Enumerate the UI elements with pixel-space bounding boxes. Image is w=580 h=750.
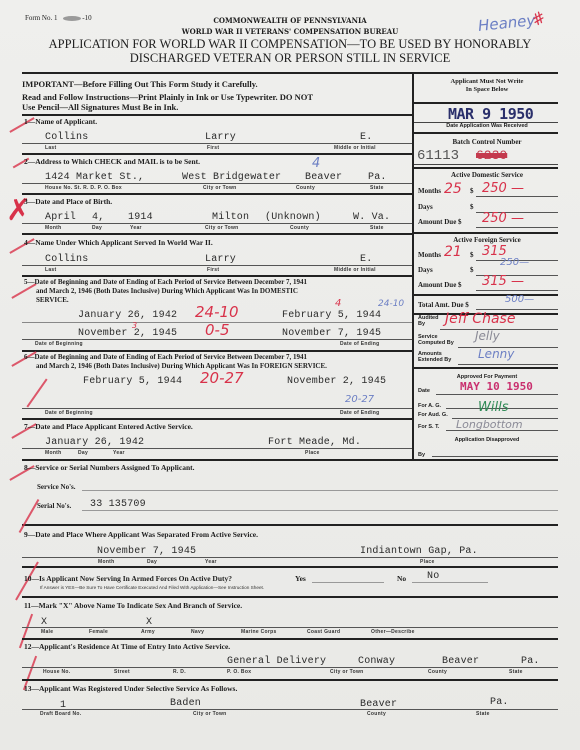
batch-number: 61113 bbox=[417, 148, 459, 164]
instructions-line2: Read and Follow Instructions—Print Plain… bbox=[22, 92, 313, 102]
divider bbox=[22, 114, 412, 116]
serial-no-label: Serial No's. bbox=[37, 502, 71, 510]
field-line bbox=[414, 164, 558, 165]
q2-street: 1424 Market St., bbox=[45, 172, 144, 183]
divider bbox=[414, 294, 558, 296]
caption-year: Year bbox=[205, 559, 217, 565]
divider bbox=[22, 596, 558, 598]
q11-option-marine-corps: Marine Corps bbox=[241, 629, 277, 635]
form-title-line2: DISCHARGED VETERAN OR PERSON STILL IN SE… bbox=[0, 51, 580, 66]
column-divider bbox=[412, 72, 414, 460]
caption-begin: Date of Beginning bbox=[45, 410, 93, 416]
serial-no-value: 33 135709 bbox=[90, 499, 146, 510]
caption-city: City or Town bbox=[203, 185, 237, 191]
caption-month: Month bbox=[45, 450, 62, 456]
divider bbox=[414, 132, 558, 134]
ag-label: For A. G. bbox=[418, 403, 441, 409]
divider bbox=[414, 167, 558, 169]
q5-period1-end: February 5, 1944 bbox=[282, 310, 381, 321]
q11-option-male: Male bbox=[41, 629, 53, 635]
domestic-days-label: Days bbox=[418, 203, 433, 211]
audited-signature: Jeff Chase bbox=[445, 311, 515, 327]
q11-option-coast-guard: Coast Guard bbox=[307, 629, 340, 635]
q1-last-name: Collins bbox=[45, 132, 88, 143]
field-line bbox=[22, 183, 412, 184]
total-label: Total Amt. Due $ bbox=[418, 301, 469, 309]
field-line bbox=[476, 309, 558, 310]
q2-county: Beaver bbox=[305, 172, 342, 183]
q9-place: Indiantown Gap, Pa. bbox=[360, 546, 478, 557]
q3-day: 4, bbox=[92, 212, 104, 223]
serial-no-field bbox=[82, 510, 558, 511]
caption-state: State bbox=[476, 711, 490, 717]
q10-no-label: No bbox=[397, 574, 406, 583]
q6-margin-total: 20-27 bbox=[345, 394, 374, 405]
divider bbox=[22, 350, 412, 352]
dollar-sign: $ bbox=[470, 187, 474, 195]
caption-day: Day bbox=[92, 225, 102, 231]
field-line bbox=[22, 557, 558, 558]
q13-state: Pa. bbox=[490, 697, 509, 708]
divider bbox=[22, 679, 558, 681]
form-title-line1: APPLICATION FOR WORLD WAR II COMPENSATIO… bbox=[0, 37, 580, 52]
caption-middle: Middle or Initial bbox=[334, 145, 376, 151]
approved-date-stamp: MAY 10 1950 bbox=[460, 380, 533, 393]
q11-option-navy: Navy bbox=[191, 629, 204, 635]
q5-label-line3: SERVICE. bbox=[36, 296, 69, 304]
foreign-days-amount: 250— bbox=[500, 257, 529, 268]
total-value: 500— bbox=[505, 294, 534, 305]
q10-yes-field bbox=[312, 582, 384, 583]
caption-county: County bbox=[296, 185, 315, 191]
field-line bbox=[22, 667, 558, 668]
caption-month: Month bbox=[98, 559, 115, 565]
caption-street: Street bbox=[114, 669, 130, 675]
field-line bbox=[22, 709, 558, 710]
q5-label-line2: and March 2, 1946 (Both Dates Inclusive)… bbox=[36, 287, 298, 295]
q12-state: Pa. bbox=[521, 656, 540, 667]
caption-county: County bbox=[428, 669, 447, 675]
q3-label: 3—Date and Place of Birth. bbox=[24, 197, 112, 206]
caption-first: First bbox=[207, 145, 219, 151]
caption-rd: R. D. bbox=[173, 669, 186, 675]
field-line bbox=[22, 143, 412, 144]
field-line bbox=[446, 430, 558, 431]
field-line bbox=[22, 265, 412, 266]
received-date-stamp: MAR 9 1950 bbox=[448, 105, 533, 123]
field-line bbox=[476, 290, 558, 291]
q8-label: 8—Service or Serial Numbers Assigned To … bbox=[24, 463, 195, 472]
q11-label: 11—Mark "X" Above Name To Indicate Sex A… bbox=[24, 601, 242, 610]
q5-period1-correction: 4 bbox=[335, 298, 341, 309]
foreign-days-label: Days bbox=[418, 266, 433, 274]
q5-label-line1: 5—Date of Beginning and Date of Ending o… bbox=[24, 278, 307, 286]
q1-middle-initial: E. bbox=[360, 132, 372, 143]
st-label: For S. T. bbox=[418, 424, 439, 430]
divider bbox=[414, 102, 558, 104]
q10-note: If Answer is YES—Be Sure To Have Certifi… bbox=[40, 585, 264, 590]
q6-computed: 20-27 bbox=[200, 369, 244, 387]
q13-city: Baden bbox=[170, 698, 201, 709]
caption-county: County bbox=[367, 711, 386, 717]
office-header-line2: In Space Below bbox=[414, 86, 560, 93]
disapproved-label: Application Disapproved bbox=[414, 437, 560, 443]
q12-city: Conway bbox=[358, 656, 395, 667]
q4-first-name: Larry bbox=[205, 254, 236, 265]
dollar-sign: $ bbox=[470, 266, 474, 274]
domestic-months-label: Months bbox=[418, 187, 441, 195]
q11-option-female: Female bbox=[89, 629, 108, 635]
q11-option-army: Army bbox=[141, 629, 155, 635]
q10-yes-label: Yes bbox=[295, 574, 306, 583]
q7-date: January 26, 1942 bbox=[45, 437, 144, 448]
caption-city: City or Town bbox=[205, 225, 239, 231]
q5-period2-begin: November 2, 1945 bbox=[78, 328, 177, 339]
caption-house: House No. bbox=[43, 669, 70, 675]
caption-day: Day bbox=[147, 559, 157, 565]
q6-label-line1: 6—Date of Beginning and Date of Ending o… bbox=[24, 353, 307, 361]
caption-month: Month bbox=[45, 225, 62, 231]
domestic-months-amount: 250 — bbox=[482, 181, 524, 196]
divider bbox=[22, 638, 558, 640]
q5-period2-end: November 7, 1945 bbox=[282, 328, 381, 339]
q6-end: November 2, 1945 bbox=[287, 376, 386, 387]
application-form-page: Form No. 1 -10 COMMONWEALTH OF PENNSYLVA… bbox=[0, 0, 580, 750]
field-line bbox=[22, 339, 412, 340]
dollar-sign: $ bbox=[470, 251, 474, 259]
audg-signature: Wills bbox=[478, 400, 508, 415]
divider bbox=[22, 459, 558, 461]
divider bbox=[22, 233, 412, 235]
q12-label: 12—Applicant's Residence At Time of Entr… bbox=[24, 642, 230, 651]
audited-label: Audited By bbox=[418, 315, 440, 327]
divider bbox=[22, 72, 558, 74]
caption-state: State bbox=[370, 225, 384, 231]
domestic-title: Active Domestic Service bbox=[414, 171, 560, 179]
red-check-mark bbox=[26, 379, 47, 408]
q2-annotation: 4 bbox=[312, 156, 320, 171]
approved-date-label: Date bbox=[418, 388, 430, 394]
foreign-months-value: 21 bbox=[444, 244, 462, 260]
q9-label: 9—Date and Place Where Applicant Was Sep… bbox=[24, 530, 258, 539]
field-line bbox=[22, 223, 412, 224]
field-line bbox=[476, 196, 558, 197]
q4-last-name: Collins bbox=[45, 254, 88, 265]
q4-middle-initial: E. bbox=[360, 254, 372, 265]
field-line bbox=[458, 364, 558, 365]
field-line bbox=[476, 227, 558, 228]
caption-state: State bbox=[370, 185, 384, 191]
foreign-amount-label: Amount Due $ bbox=[418, 281, 462, 289]
field-line bbox=[436, 394, 558, 395]
q12-po-box: General Delivery bbox=[227, 656, 326, 667]
field-line bbox=[432, 456, 558, 457]
caption-city: City or Town bbox=[193, 711, 227, 717]
q11-option-other: Other—Describe bbox=[371, 629, 415, 635]
office-header-line1: Applicant Must Not Write bbox=[414, 78, 560, 85]
computed-label: Service Computed By bbox=[418, 334, 458, 346]
caption-board: Draft Board No. bbox=[40, 711, 81, 717]
caption-county: County bbox=[290, 225, 309, 231]
divider bbox=[22, 153, 412, 155]
q6-label-line2: and March 2, 1946 (Both Dates Inclusive)… bbox=[36, 362, 327, 370]
q1-label: 1—Name of Applicant. bbox=[24, 117, 97, 126]
q6-begin: February 5, 1944 bbox=[83, 376, 182, 387]
batch-number-struck: 6230 bbox=[476, 148, 507, 163]
extended-label: Amounts Extended By bbox=[418, 351, 458, 363]
service-no-field bbox=[82, 490, 558, 491]
computed-signature: Jelly bbox=[475, 329, 500, 343]
dollar-sign: $ bbox=[470, 203, 474, 211]
field-line bbox=[22, 627, 558, 628]
field-line bbox=[22, 408, 412, 409]
divider bbox=[22, 275, 412, 277]
foreign-amount-value: 315 — bbox=[482, 274, 524, 289]
instructions-line3: Use Pencil—All Signatures Must Be in Ink… bbox=[22, 102, 178, 112]
divider bbox=[22, 524, 558, 526]
caption-state: State bbox=[509, 669, 523, 675]
divider bbox=[22, 566, 558, 568]
caption-end: Date of Ending bbox=[340, 341, 379, 347]
domestic-months-value: 25 bbox=[444, 181, 462, 197]
q3-county: (Unknown) bbox=[265, 212, 321, 223]
q12-county: Beaver bbox=[442, 656, 479, 667]
foreign-title: Active Foreign Service bbox=[414, 236, 560, 244]
q10-label: 10—Is Applicant Now Serving In Armed For… bbox=[24, 574, 232, 583]
q3-city: Milton bbox=[212, 212, 249, 223]
by-label: By bbox=[418, 452, 425, 458]
divider bbox=[22, 418, 412, 420]
caption-place: Place bbox=[305, 450, 320, 456]
caption-end: Date of Ending bbox=[340, 410, 379, 416]
q4-label: 4—Name Under Which Applicant Served In W… bbox=[24, 238, 213, 247]
instructions-important: IMPORTANT—Before Filling Out This Form S… bbox=[22, 79, 258, 89]
q2-city: West Bridgewater bbox=[182, 172, 281, 183]
received-caption: Date Application Was Received bbox=[414, 123, 560, 129]
divider bbox=[414, 367, 558, 369]
caption-year: Year bbox=[113, 450, 125, 456]
divider bbox=[414, 232, 558, 234]
batch-label: Batch Control Number bbox=[414, 138, 560, 146]
field-line bbox=[22, 448, 412, 449]
service-no-label: Service No's. bbox=[37, 483, 76, 491]
q1-first-name: Larry bbox=[205, 132, 236, 143]
foreign-months-label: Months bbox=[418, 251, 441, 259]
caption-day: Day bbox=[78, 450, 88, 456]
q5-period1-computed: 24-10 bbox=[195, 303, 239, 321]
q3-state: W. Va. bbox=[353, 212, 390, 223]
domestic-amount-value: 250 — bbox=[482, 211, 524, 226]
caption-last: Last bbox=[45, 145, 56, 151]
q7-place: Fort Meade, Md. bbox=[268, 437, 361, 448]
q7-label: 7—Date and Place Applicant Entered Activ… bbox=[24, 422, 193, 431]
caption-street: House No. St. R. D. P. O. Box bbox=[45, 185, 122, 191]
caption-po-box: P. O. Box bbox=[227, 669, 251, 675]
caption-last: Last bbox=[45, 267, 56, 273]
caption-city: City or Town bbox=[330, 669, 364, 675]
caption-middle: Middle or Initial bbox=[334, 267, 376, 273]
caption-year: Year bbox=[130, 225, 142, 231]
red-check-mark bbox=[19, 499, 40, 533]
caption-first: First bbox=[207, 267, 219, 273]
q5-margin-total: 24-10 bbox=[378, 299, 404, 309]
q5-period2-correction: 3 bbox=[132, 321, 137, 330]
q13-label: 13—Applicant Was Registered Under Select… bbox=[24, 684, 237, 693]
domestic-amount-label: Amount Due $ bbox=[418, 218, 462, 226]
q10-no-value: No bbox=[427, 571, 439, 582]
q3-month: April bbox=[45, 212, 76, 223]
q3-year: 1914 bbox=[128, 212, 153, 223]
caption-begin: Date of Beginning bbox=[35, 341, 83, 347]
q5-period2-computed: 0-5 bbox=[205, 321, 230, 339]
q10-no-field bbox=[412, 582, 488, 583]
q2-label: 2—Address to Which CHECK and MAIL is to … bbox=[24, 157, 200, 166]
extended-signature: Lenny bbox=[478, 347, 514, 361]
audg-label: For Aud. G. bbox=[418, 412, 448, 418]
q2-state: Pa. bbox=[368, 172, 387, 183]
q5-period1-begin: January 26, 1942 bbox=[78, 310, 177, 321]
caption-place: Place bbox=[420, 559, 435, 565]
q9-date: November 7, 1945 bbox=[97, 546, 196, 557]
divider bbox=[22, 193, 412, 195]
